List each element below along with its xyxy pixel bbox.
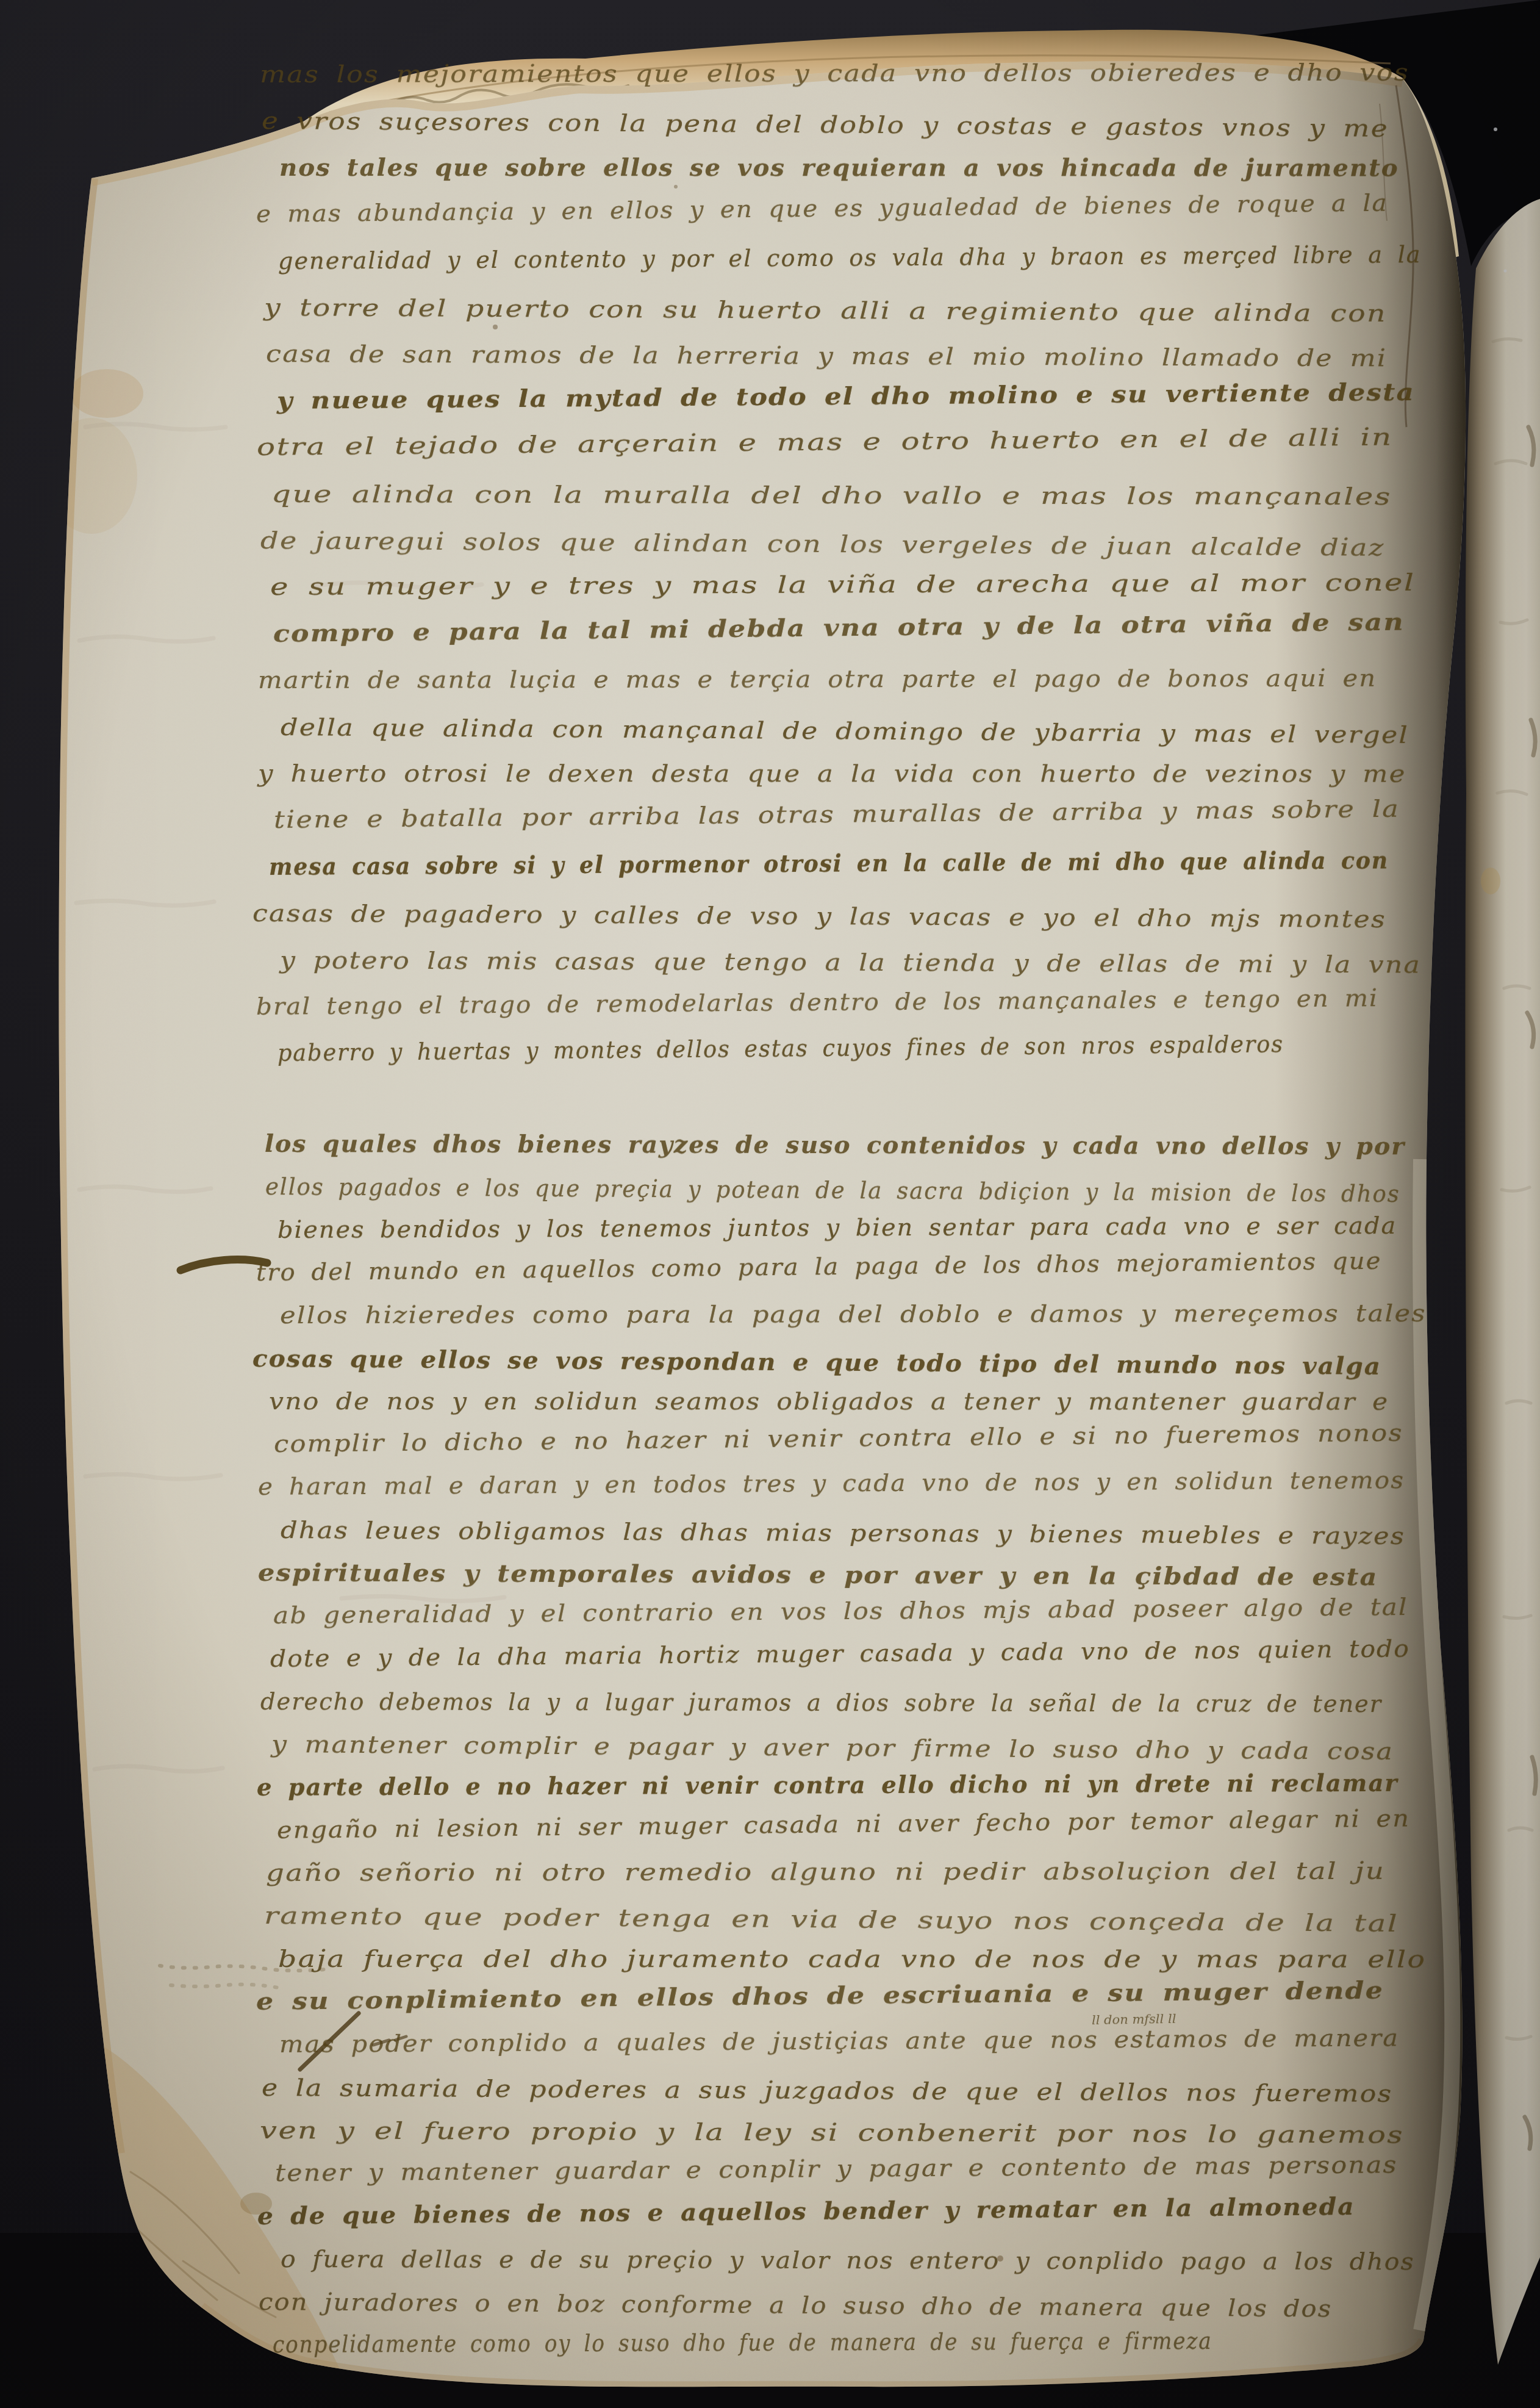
manuscript-line: conpelidamente como oy lo suso dho fue d… [273,2323,1212,2363]
manuscript-line: ven y el fuero propio y la ley si conben… [260,2112,1404,2154]
manuscript-line: complir lo dicho e no hazer ni venir con… [274,1415,1403,1462]
manuscript-line: tener y mantener guardar e conplir y pag… [274,2146,1397,2191]
manuscript-line: e parte dello e no hazer ni venir contra… [256,1764,1398,1805]
manuscript-line: ramento que poder tenga en via de suyo n… [264,1897,1399,1942]
manuscript-line: e su muger y e tres y mas la viña de are… [270,564,1416,605]
manuscript-line: e vros suçesores con la pena del doblo y… [262,102,1389,147]
manuscript-line: gaño señorio ni otro remedio alguno ni p… [266,1853,1385,1891]
manuscript-line: y mantener complir e pagar y aver por fi… [271,1726,1394,1770]
manuscript-line: e haran mal e daran y en todos tres y ca… [258,1462,1405,1506]
manuscript-line: ellos pagados e los que preçia y potean … [265,1168,1400,1212]
manuscript-line: dhas leues obligamos las dhas mias perso… [281,1512,1405,1554]
manuscript-line: casas de pagadero y calles de vso y las … [252,895,1386,938]
manuscript-line: tro del mundo en aquellos como para la p… [256,1243,1382,1291]
manuscript-line: los quales dhos bienes rayzes de suso co… [265,1126,1405,1165]
manuscript-line: generalidad y el contento y por el como … [278,236,1422,279]
photo-vignette [0,0,1540,2408]
manuscript-line: e de que bienes de nos e aquellos bender… [257,2188,1355,2234]
handwriting-layer: mas los mejoramientos que ellos y cada v… [0,0,1540,2408]
manuscript-line: compro e para la tal mi debda vna otra y… [273,603,1405,652]
manuscript-line: casa de san ramos de la herreria y mas e… [266,336,1387,376]
manuscript-line: tiene e batalla por arriba las otras mur… [274,791,1400,838]
manuscript-line: que alinda con la muralla del dho vallo … [271,476,1392,515]
manuscript-line: baja fuerça del dho juramento cada vno d… [278,1941,1426,1978]
manuscript-line: mas los mejoramientos que ellos y cada v… [260,54,1409,93]
manuscript-line: y nueue ques la mytad de todo el dho mol… [277,374,1415,419]
manuscript-line: con juradores o en boz conforme a lo sus… [259,2284,1333,2327]
manuscript-line: bral tengo el trago de remodelarlas dent… [256,980,1378,1025]
manuscript-line: paberro y huertas y montes dellos estas … [278,1026,1284,1072]
manuscript-line: espirituales y temporales avidos e por a… [258,1554,1378,1595]
manuscript-line: e mas abundançia y en ellos y en que es … [256,185,1388,232]
manuscript-line: nos tales que sobre ellos se vos requier… [279,149,1399,187]
manuscript-line: ab generalidad y el contrario en vos los… [273,1589,1408,1634]
interlinear-insertion: ll don mfsll ll [1092,2011,1176,2027]
manuscript-line: de jauregui solos que alindan con los ve… [260,522,1385,566]
manuscript-line: vno de nos y en solidun seamos obligados… [269,1383,1389,1420]
manuscript-line: o fuera dellas e de su preçio y valor no… [281,2241,1415,2280]
manuscript-line: engaño ni lesion ni ser muger casada ni … [277,1800,1411,1848]
manuscript-line: mas poder conplido a quales de justiçias… [279,2020,1399,2063]
manuscript-line: e la sumaria de poderes a sus juzgados d… [262,2069,1393,2112]
manuscript-line: della que alinda con mançanal de domingo… [281,709,1409,753]
manuscript-line: mesa casa sobre si y el pormenor otrosi … [269,842,1389,885]
manuscript-line: ellos hizieredes como para la paga del d… [280,1295,1427,1334]
manuscript-line: derecho debemos la y a lugar juramos a d… [260,1683,1382,1722]
manuscript-line: cosas que ellos se vos respondan e que t… [252,1340,1381,1385]
manuscript-line: bienes bendidos y los tenemos juntos y b… [278,1207,1397,1248]
manuscript-line: otra el tejado de arçerain e mas e otro … [256,419,1392,466]
manuscript-line: y torre del puerto con su huerto alli a … [264,289,1387,332]
manuscript-line: y huerto otrosi le dexen desta que a la … [258,755,1406,792]
photograph-of-manuscript: mas los mejoramientos que ellos y cada v… [0,0,1540,2408]
manuscript-line: y potero las mis casas que tengo a la ti… [279,942,1420,983]
manuscript-line: e su conplimiento en ellos dhos de escri… [256,1972,1384,2020]
manuscript-line: martin de santa luçia e mas e terçia otr… [258,660,1377,699]
manuscript-line: dote e y de la dha maria hortiz muger ca… [270,1630,1409,1677]
